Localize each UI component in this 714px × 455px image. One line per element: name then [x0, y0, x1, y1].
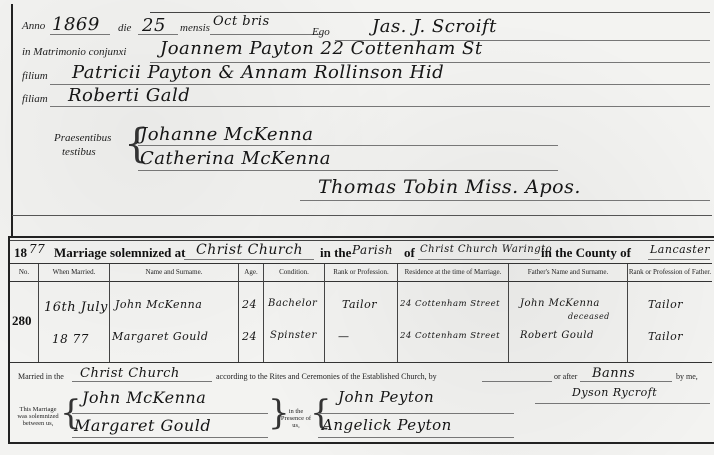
filium-value: Patricii Payton & Annam Rollinson Hid	[72, 62, 444, 83]
groom-condition: Bachelor	[268, 298, 317, 309]
bride-condition: Spinster	[270, 330, 317, 341]
ego-label: Ego	[312, 26, 330, 38]
county-value: Lancaster	[650, 243, 710, 256]
or-after-label: or after	[554, 372, 577, 381]
groom-name: John McKenna	[115, 298, 202, 311]
matrimonio-value: Joannem Payton 22 Cottenham St	[160, 38, 483, 59]
witness-2-signature: Angelick Peyton	[322, 416, 452, 434]
parish-value: Christ Church Waringto	[420, 244, 552, 255]
left-margin-line	[11, 4, 13, 236]
ego-value: Jas. J. Scroift	[372, 16, 497, 37]
bride-rank: —	[338, 330, 350, 343]
by-me-label: by me,	[676, 372, 698, 381]
year-prefix: 18	[14, 245, 27, 261]
register-page: Anno 1869 die 25 mensis Oct bris Ego Jas…	[0, 0, 714, 455]
of-label: of	[404, 245, 415, 261]
bride-father: Robert Gould	[520, 330, 594, 341]
col-when-married: When Married.	[39, 264, 109, 280]
solemnized-between-label: This Marriage was solemnized between us,	[14, 406, 62, 427]
when-married-day: 16th July	[44, 300, 108, 315]
mensis-label: mensis	[180, 22, 210, 34]
matrimonio-label: in Matrimonio conjunxi	[22, 46, 127, 58]
filiam-label: filiam	[22, 93, 48, 105]
married-in-value: Christ Church	[80, 366, 180, 381]
presence-label: in the Presence of us,	[278, 408, 314, 429]
entry-number: 280	[12, 313, 32, 329]
groom-signature: John McKenna	[82, 388, 206, 407]
register-top-rule	[8, 236, 714, 238]
county-label: in the County of	[541, 245, 631, 261]
col-father: Father's Name and Surname.	[509, 264, 627, 280]
register-bottom-rule	[8, 442, 714, 444]
die-label: die	[118, 22, 131, 34]
when-married-year: 18 77	[52, 332, 89, 346]
col-no: No.	[10, 264, 38, 280]
witness-1-signature: John Peyton	[338, 388, 434, 406]
mensis-value: Oct bris	[213, 14, 270, 29]
by-blank	[482, 381, 552, 382]
upper-bottom-rule	[12, 215, 712, 216]
col-name: Name and Surname.	[110, 264, 238, 280]
col-rank: Rank or Profession.	[325, 264, 397, 280]
groom-age: 24	[242, 298, 257, 311]
bride-signature: Margaret Gould	[74, 416, 211, 435]
married-in-label: Married in the	[18, 372, 64, 381]
groom-father: John McKenna	[520, 298, 600, 309]
solemnized-label: Marriage solemnized at	[54, 245, 185, 261]
in-the-label: in the	[320, 245, 351, 261]
bride-age: 24	[242, 330, 257, 343]
officiant-signature: Dyson Rycroft	[572, 386, 657, 399]
year-suffix: 77	[29, 242, 45, 256]
priest-signature: Thomas Tobin Miss. Apos.	[318, 176, 581, 198]
witness-1: Johanne McKenna	[140, 124, 313, 145]
anno-value: 1869	[52, 14, 100, 35]
solemnized-between-text: This Marriage was solemnized between us,	[17, 406, 58, 427]
filium-label: filium	[22, 70, 48, 82]
anno-label: Anno	[22, 20, 45, 32]
col-residence: Residence at the time of Marriage.	[398, 264, 508, 280]
solemnized-value: Christ Church	[196, 242, 303, 258]
praesentibus-label: Praesentibus	[54, 132, 111, 144]
col-condition: Condition.	[264, 264, 324, 280]
groom-father-note: deceased	[568, 312, 610, 321]
filiam-value: Roberti Gald	[68, 85, 190, 106]
district-type: Parish	[352, 243, 393, 257]
groom-residence: 24 Cottenham Street	[400, 299, 500, 309]
top-border	[150, 12, 710, 13]
bride-name: Margaret Gould	[112, 330, 208, 343]
or-after-value: Banns	[592, 366, 635, 381]
groom-father-rank: Tailor	[648, 298, 683, 311]
col-father-rank: Rank or Profession of Father.	[628, 264, 712, 280]
rites-label: according to the Rites and Ceremonies of…	[216, 372, 437, 381]
presence-text: in the Presence of us,	[281, 408, 311, 429]
testibus-label: testibus	[62, 146, 96, 158]
witness-2: Catherina McKenna	[140, 148, 331, 169]
col-age: Age.	[239, 264, 263, 280]
bride-father-rank: Tailor	[648, 330, 683, 343]
groom-rank: Tailor	[342, 298, 377, 311]
die-value: 25	[142, 15, 166, 36]
bride-residence: 24 Cottenham Street	[400, 331, 500, 341]
